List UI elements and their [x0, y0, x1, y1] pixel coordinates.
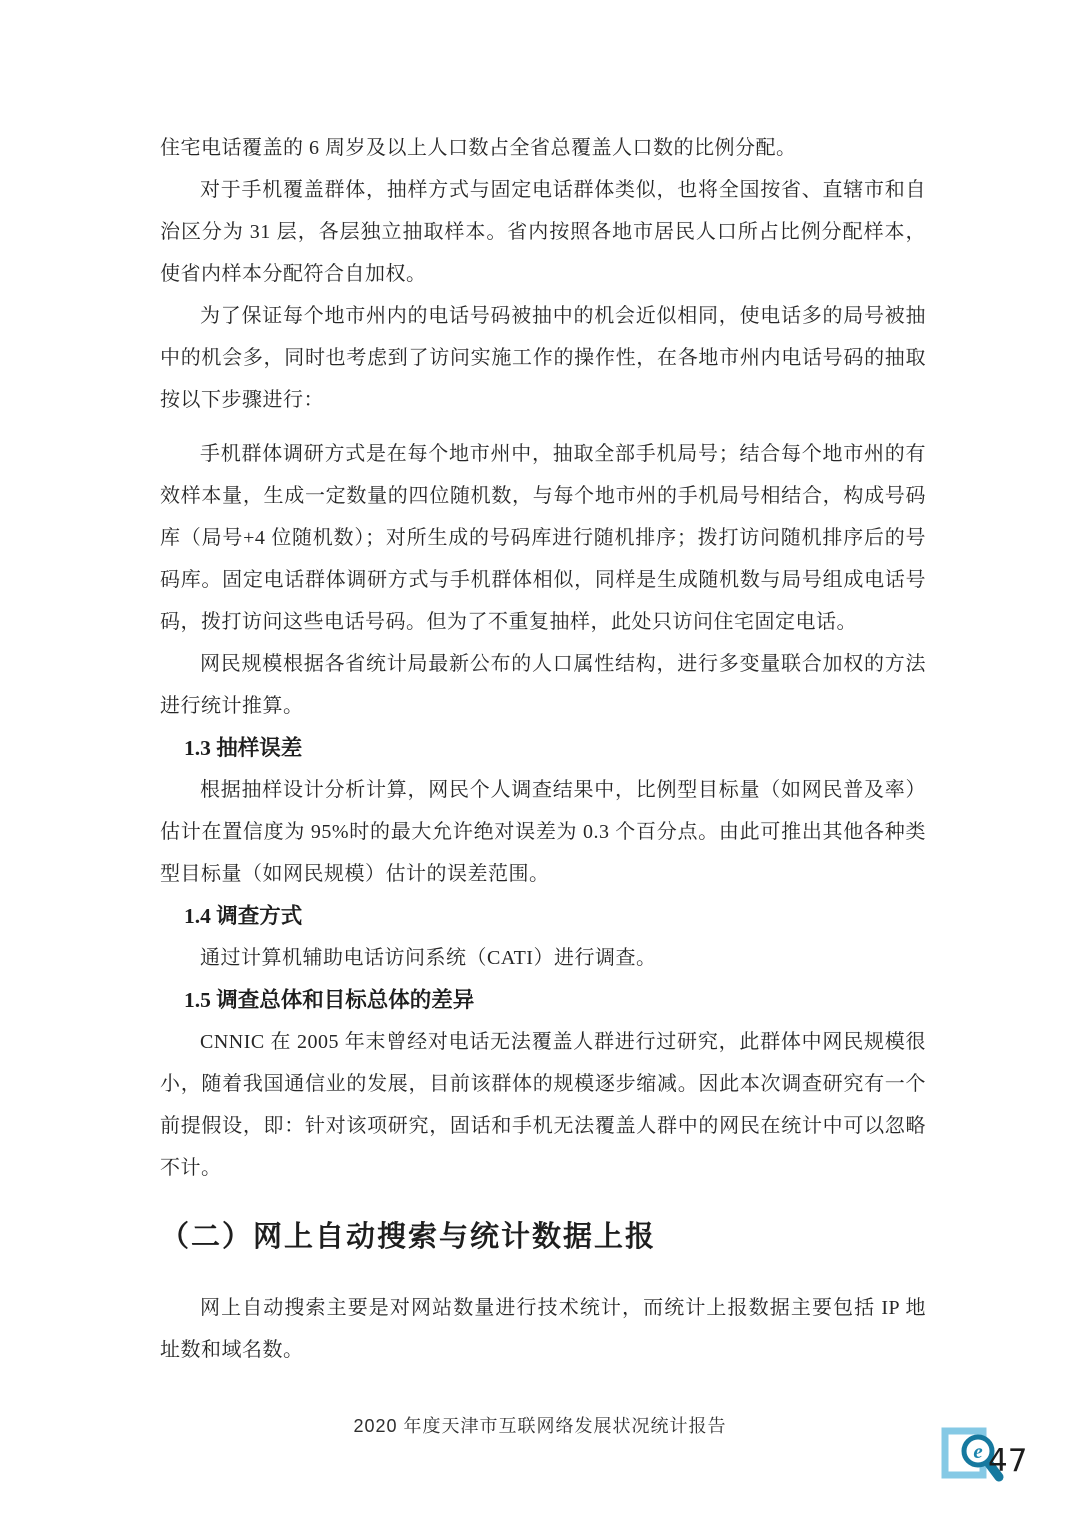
- page-badge: e 47: [941, 1427, 1061, 1497]
- svg-text:e: e: [973, 1439, 982, 1463]
- heading-1-4-survey-method: 1.4 调查方式: [160, 895, 926, 937]
- paragraph: 根据抽样设计分析计算，网民个人调查结果中，比例型目标量（如网民普及率）估计在置信…: [160, 769, 926, 895]
- page-body: 住宅电话覆盖的 6 周岁及以上人口数占全省总覆盖人口数的比例分配。 对于手机覆盖…: [160, 0, 926, 1371]
- paragraph: 手机群体调研方式是在每个地市州中，抽取全部手机局号；结合每个地市州的有效样本量，…: [160, 433, 926, 643]
- paragraph: 网上自动搜索主要是对网站数量进行技术统计，而统计上报数据主要包括 IP 地址数和…: [160, 1287, 926, 1371]
- heading-1-5-population-difference: 1.5 调查总体和目标总体的差异: [160, 979, 926, 1021]
- paragraph: 对于手机覆盖群体，抽样方式与固定电话群体类似，也将全国按省、直辖市和自治区分为 …: [160, 169, 926, 295]
- heading-1-3-sampling-error: 1.3 抽样误差: [160, 727, 926, 769]
- section-heading-online-search-report: （二）网上自动搜索与统计数据上报: [160, 1211, 926, 1263]
- paragraph: 网民规模根据各省统计局最新公布的人口属性结构，进行多变量联合加权的方法进行统计推…: [160, 643, 926, 727]
- paragraph: CNNIC 在 2005 年末曾经对电话无法覆盖人群进行过研究，此群体中网民规模…: [160, 1021, 926, 1189]
- paragraph: 通过计算机辅助电话访问系统（CATI）进行调查。: [160, 937, 926, 979]
- paragraph-continuation: 住宅电话覆盖的 6 周岁及以上人口数占全省总覆盖人口数的比例分配。: [160, 127, 926, 169]
- page-number: 47: [988, 1443, 1027, 1479]
- footer-report-title: 2020 年度天津市互联网络发展状况统计报告: [0, 1412, 1080, 1438]
- document-page: 住宅电话覆盖的 6 周岁及以上人口数占全省总覆盖人口数的比例分配。 对于手机覆盖…: [0, 0, 1080, 1528]
- paragraph: 为了保证每个地市州内的电话号码被抽中的机会近似相同，使电话多的局号被抽中的机会多…: [160, 295, 926, 421]
